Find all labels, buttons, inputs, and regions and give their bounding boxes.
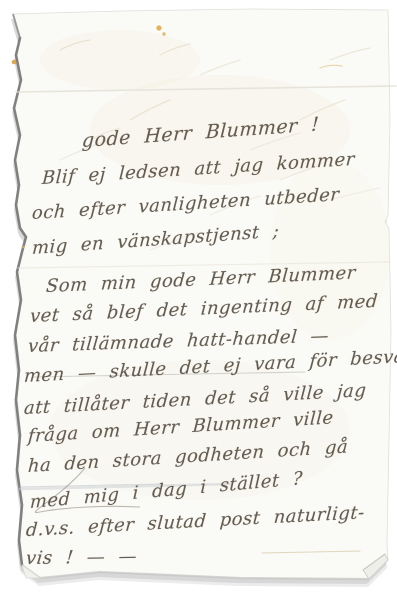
handwritten-line: Blif ej ledsen att jag kommer	[41, 149, 355, 189]
salutation-line: gode Herr Blummer !	[81, 113, 319, 152]
handwritten-line: mig en vänskapstjenst ;	[31, 221, 279, 259]
photo-stage: gode Herr Blummer ! Blif ej ledsen att j…	[0, 0, 397, 599]
letter-text: gode Herr Blummer ! Blif ej ledsen att j…	[0, 0, 397, 599]
handwritten-line: och efter vanligheten utbeder	[31, 184, 340, 224]
handwritten-line: vet så blef det ingenting af med	[29, 291, 379, 327]
handwritten-line: vis ! — —	[25, 546, 138, 569]
handwritten-line: Som min gode Herr Blummer	[45, 262, 356, 297]
handwritten-line: med mig i dag i stället ?	[30, 468, 304, 513]
